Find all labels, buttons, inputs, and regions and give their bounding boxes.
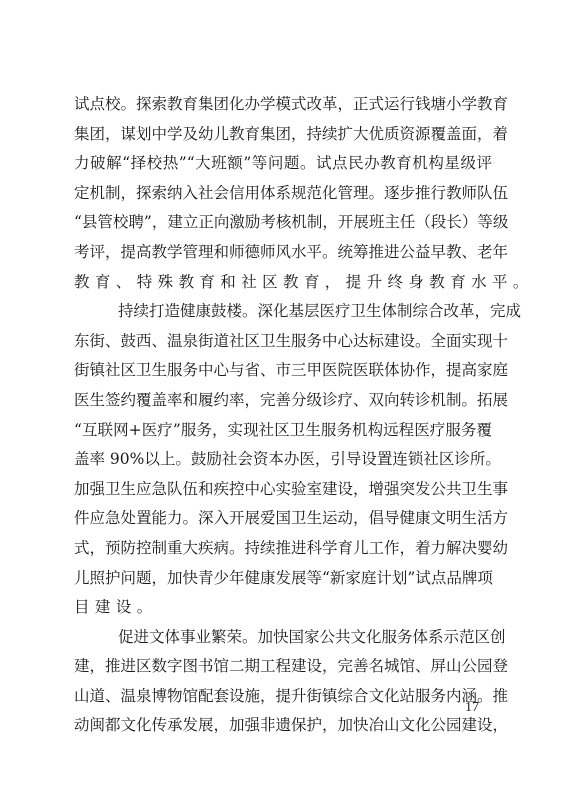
page-number: 17: [465, 700, 479, 716]
text-line: 医生签约覆盖率和履约率，完善分级诊疗、双向转诊机制。拓展: [74, 386, 492, 416]
text-line: 定机制，探索纳入社会信用体系规范化管理。逐步推行教师队伍: [74, 179, 492, 209]
document-page: 试点校。探索教育集团化办学模式改革，正式运行钱塘小学教育 集团，谋划中学及幼儿教…: [0, 0, 565, 800]
text-line: 山道、温泉博物馆配套设施，提升街镇综合文化站服务内涵。推: [74, 682, 492, 712]
text-line: 建，推进区数字图书馆二期工程建设，完善名城馆、屏山公园登: [74, 652, 492, 682]
text-line: 动闽都文化传承发展，加强非遗保护，加快冶山文化公园建设，: [74, 711, 492, 741]
text-line: 街镇社区卫生服务中心与省、市三甲医院医联体协作，提高家庭: [74, 356, 492, 386]
text-line: 力破解“择校热”“大班额”等问题。试点民办教育机构星级评: [74, 149, 492, 179]
text-line: 加强卫生应急队伍和疾控中心实验室建设，增强突发公共卫生事: [74, 475, 492, 505]
text-line: 集团，谋划中学及幼儿教育集团，持续扩大优质资源覆盖面，着: [74, 120, 492, 150]
text-line: 件应急处置能力。深入开展爱国卫生运动，倡导健康文明生活方: [74, 504, 492, 534]
text-line: 儿照护问题，加快青少年健康发展等“新家庭计划”试点品牌项: [74, 564, 492, 594]
text-line: 东街、鼓西、温泉街道社区卫生服务中心达标建设。全面实现十: [74, 327, 492, 357]
text-line: 考评，提高教学管理和师德师风水平。统筹推进公益早教、老年: [74, 238, 492, 268]
text-line: 试点校。探索教育集团化办学模式改革，正式运行钱塘小学教育: [74, 90, 492, 120]
text-line: “县管校聘”，建立正向激励考核机制，开展班主任（段长）等级: [74, 208, 492, 238]
paragraph-start-line: 促进文体事业繁荣。加快国家公共文化服务体系示范区创: [74, 623, 492, 653]
paragraph-start-line: 持续打造健康鼓楼。深化基层医疗卫生体制综合改革，完成: [74, 297, 492, 327]
text-line: 式，预防控制重大疾病。持续推进科学育儿工作，着力解决婴幼: [74, 534, 492, 564]
text-line: 教育、特殊教育和社区教育，提升终身教育水平。: [74, 268, 492, 298]
body-text: 试点校。探索教育集团化办学模式改革，正式运行钱塘小学教育 集团，谋划中学及幼儿教…: [74, 90, 492, 741]
text-line: 目建设。: [74, 593, 492, 623]
text-line: 盖率 90%以上。鼓励社会资本办医，引导设置连锁社区诊所。: [74, 445, 492, 475]
text-line: “互联网+医疗”服务，实现社区卫生服务机构远程医疗服务覆: [74, 416, 492, 446]
